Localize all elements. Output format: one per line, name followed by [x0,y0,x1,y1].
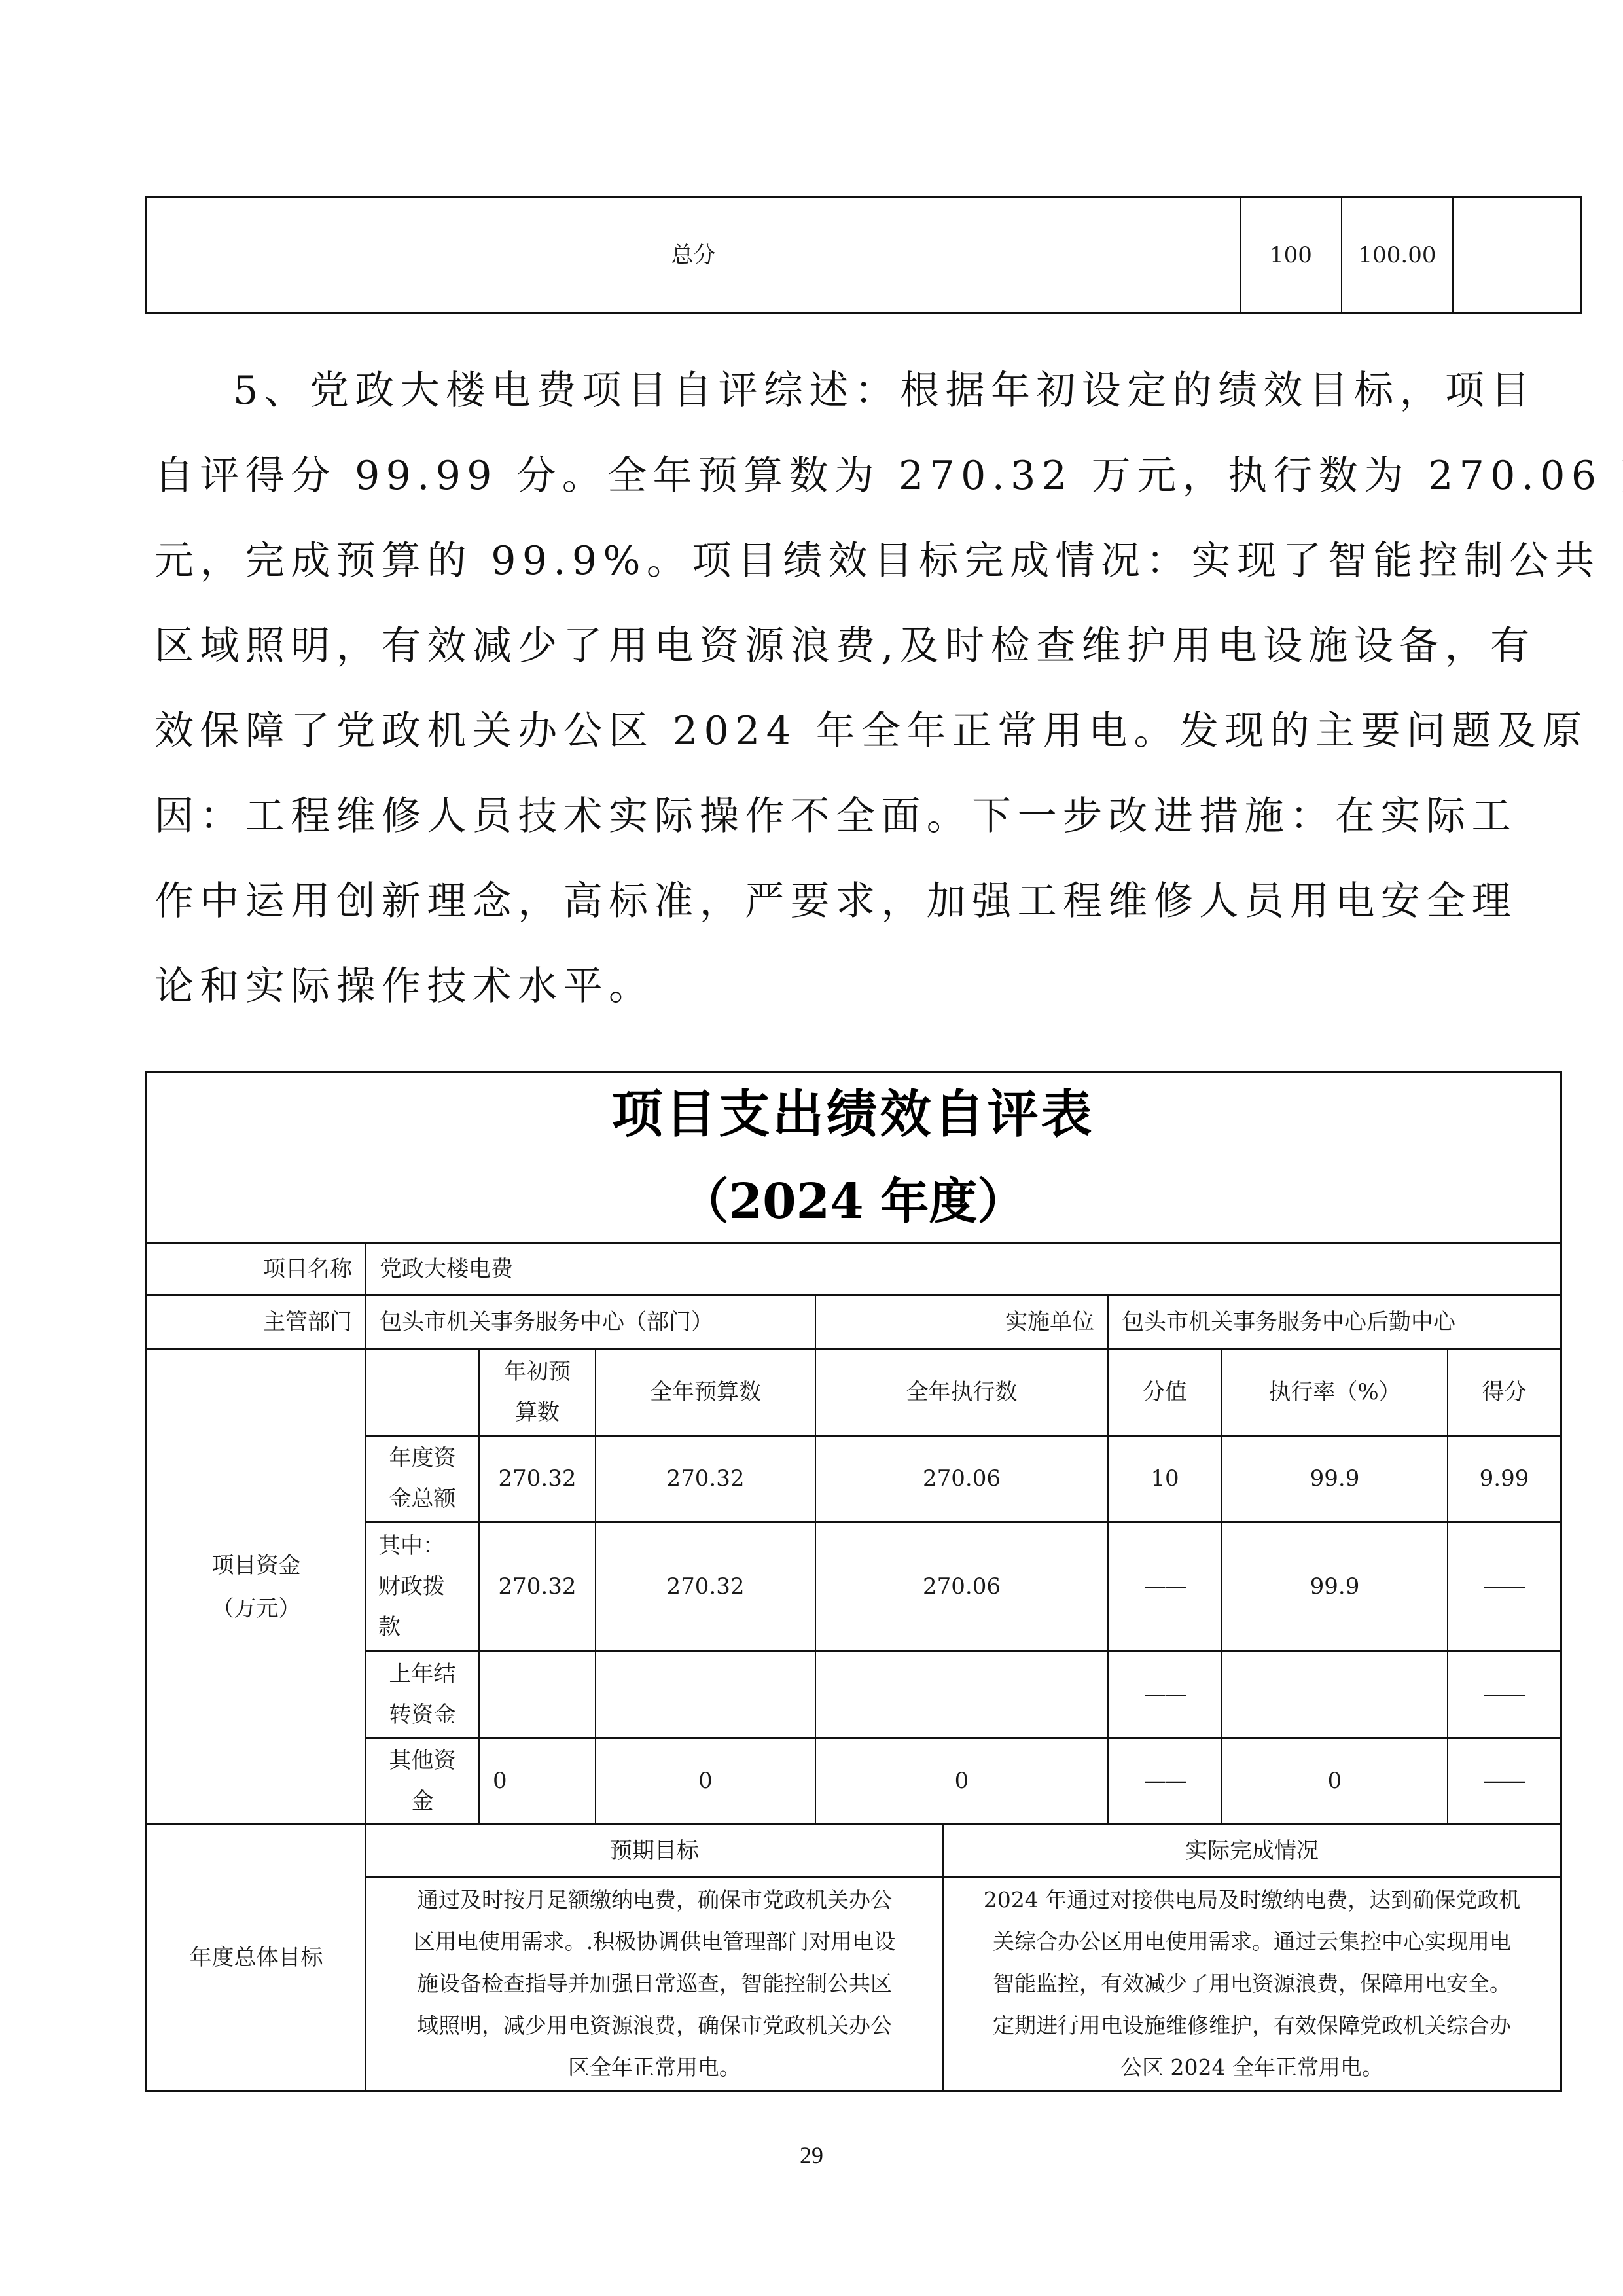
initial-budget-cell: 0 [480,1738,595,1823]
dept-label: 主管部门 [147,1295,365,1349]
impl-unit-label: 实施单位 [816,1295,1107,1349]
initial-budget-cell [480,1651,595,1737]
goal-line: 区全年正常用电。 [568,2047,741,2089]
row-label-text: 转资金 [389,1695,456,1735]
weight-cell: —— [1109,1651,1221,1737]
form-border-bottom [145,2090,1562,2092]
score-value: 100.00 [1342,198,1452,312]
project-name-label: 项目名称 [147,1243,365,1295]
score-cell: —— [1448,1651,1560,1737]
goal-line: 通过及时按月足额缴纳电费，确保市党政机关办公 [417,1879,892,1921]
paragraph-line: 元，完成预算的 99.9%。项目绩效目标完成情况：实现了智能控制公共 [154,538,1600,584]
executed-cell [816,1651,1107,1737]
goal-line: 施设备检查指导并加强日常巡查，智能控制公共区 [417,1963,892,2005]
result-line: 定期进行用电设施维修维护，有效保障党政机关综合办 [993,2005,1511,2047]
remark-cell [1454,198,1580,312]
form-border-top [145,1071,1562,1073]
total-score-label: 总分 [147,198,1240,312]
annual-goal-label: 年度总体目标 [147,1825,365,2090]
initial-budget-cell: 270.32 [480,1522,595,1650]
score-cell: —— [1448,1738,1560,1823]
paragraph-line: 作中运用创新理念，高标准，严要求，加强工程维修人员用电安全理 [154,878,1517,924]
table-border-right [1580,196,1582,314]
header-weight: 分值 [1109,1350,1221,1435]
row-label: 上年结 转资金 [366,1651,478,1737]
paragraph-line: 区域照明，有效减少了用电资源浪费,及时检查维护用电设施设备，有 [154,623,1535,669]
goal-line: 域照明，减少用电资源浪费，确保市党政机关办公 [417,2005,892,2047]
row-label-text: 款 [378,1607,401,1647]
executed-cell: 270.06 [816,1436,1107,1521]
full-budget-cell: 270.32 [596,1522,815,1650]
funds-label: 项目资金 （万元） [147,1350,365,1824]
executed-cell: 270.06 [816,1522,1107,1650]
row-label-text: 年度资 [389,1438,456,1479]
row-label-text: 其中： [378,1526,445,1566]
row-label-text: 其他资 [389,1740,456,1781]
impl-unit-value: 包头市机关事务服务中心后勤中心 [1109,1295,1560,1349]
header-initial-budget: 年初预 算数 [480,1350,595,1435]
full-budget-cell: 0 [596,1738,815,1823]
header-text: 算数 [515,1392,560,1433]
full-score-value: 100 [1241,198,1341,312]
result-line: 智能监控，有效减少了用电资源浪费，保障用电安全。 [993,1963,1511,2005]
form-title: 项目支出绩效自评表 [145,1083,1561,1146]
goal-line: 区用电使用需求。.积极协调供电管理部门对用电设 [414,1921,896,1963]
table-border-bottom [145,312,1582,314]
row-label-text: 金总额 [389,1479,456,1519]
paragraph-line: 效保障了党政机关办公区 2024 年全年正常用电。发现的主要问题及原 [154,708,1588,754]
full-budget-cell [596,1651,815,1737]
result-line: 公区 2024 全年正常用电。 [1120,2047,1383,2089]
header-score: 得分 [1448,1350,1560,1435]
project-name-value: 党政大楼电费 [366,1243,1560,1295]
rate-cell: 99.9 [1222,1436,1447,1521]
header-full-budget: 全年预算数 [596,1350,815,1435]
dept-value: 包头市机关事务服务中心（部门） [366,1295,815,1349]
expected-goal-header: 预期目标 [366,1825,942,1876]
page-number: 29 [746,2139,877,2172]
actual-result-header: 实际完成情况 [944,1825,1560,1876]
header-executed: 全年执行数 [816,1350,1107,1435]
rate-cell [1222,1651,1447,1737]
row-label: 其中： 财政拨 款 [366,1522,478,1650]
actual-result-text: 2024 年通过对接供电局及时缴纳电费，达到确保党政机 关综合办公区用电使用需求… [944,1878,1560,2090]
header-rate: 执行率（%） [1222,1350,1447,1435]
funds-label-unit: （万元） [212,1587,301,1630]
header-text: 年初预 [504,1352,571,1392]
weight-cell: —— [1109,1522,1221,1650]
full-budget-cell: 270.32 [596,1436,815,1521]
weight-cell: —— [1109,1738,1221,1823]
paragraph-line: 自评得分 99.99 分。全年预算数为 270.32 万元，执行数为 270.0… [154,453,1623,499]
row-label: 年度资 金总额 [366,1436,478,1521]
result-line: 2024 年通过对接供电局及时缴纳电费，达到确保党政机 [984,1879,1520,1921]
paragraph-line: 因：工程维修人员技术实际操作不全面。下一步改进措施：在实际工 [154,793,1517,839]
row-label: 其他资 金 [366,1738,478,1823]
executed-cell: 0 [816,1738,1107,1823]
row-label-text: 财政拨 [378,1566,445,1607]
score-cell: 9.99 [1448,1436,1560,1521]
form-subtitle: （2024 年度） [145,1170,1561,1233]
result-line: 关综合办公区用电使用需求。通过云集控中心实现用电 [993,1921,1511,1963]
row-label-text: 金 [412,1781,434,1821]
rate-cell: 0 [1222,1738,1447,1823]
weight-cell: 10 [1109,1436,1221,1521]
paragraph-line: 论和实际操作技术水平。 [154,963,654,1009]
expected-goal-text: 通过及时按月足额缴纳电费，确保市党政机关办公 区用电使用需求。.积极协调供电管理… [366,1878,942,2090]
rate-cell: 99.9 [1222,1522,1447,1650]
initial-budget-cell: 270.32 [480,1436,595,1521]
row-label-text: 上年结 [389,1654,456,1695]
score-cell: —— [1448,1522,1560,1650]
paragraph-line: 5、党政大楼电费项目自评综述：根据年初设定的绩效目标，项目 [233,368,1536,414]
funds-label-line: 项目资金 [212,1544,301,1587]
